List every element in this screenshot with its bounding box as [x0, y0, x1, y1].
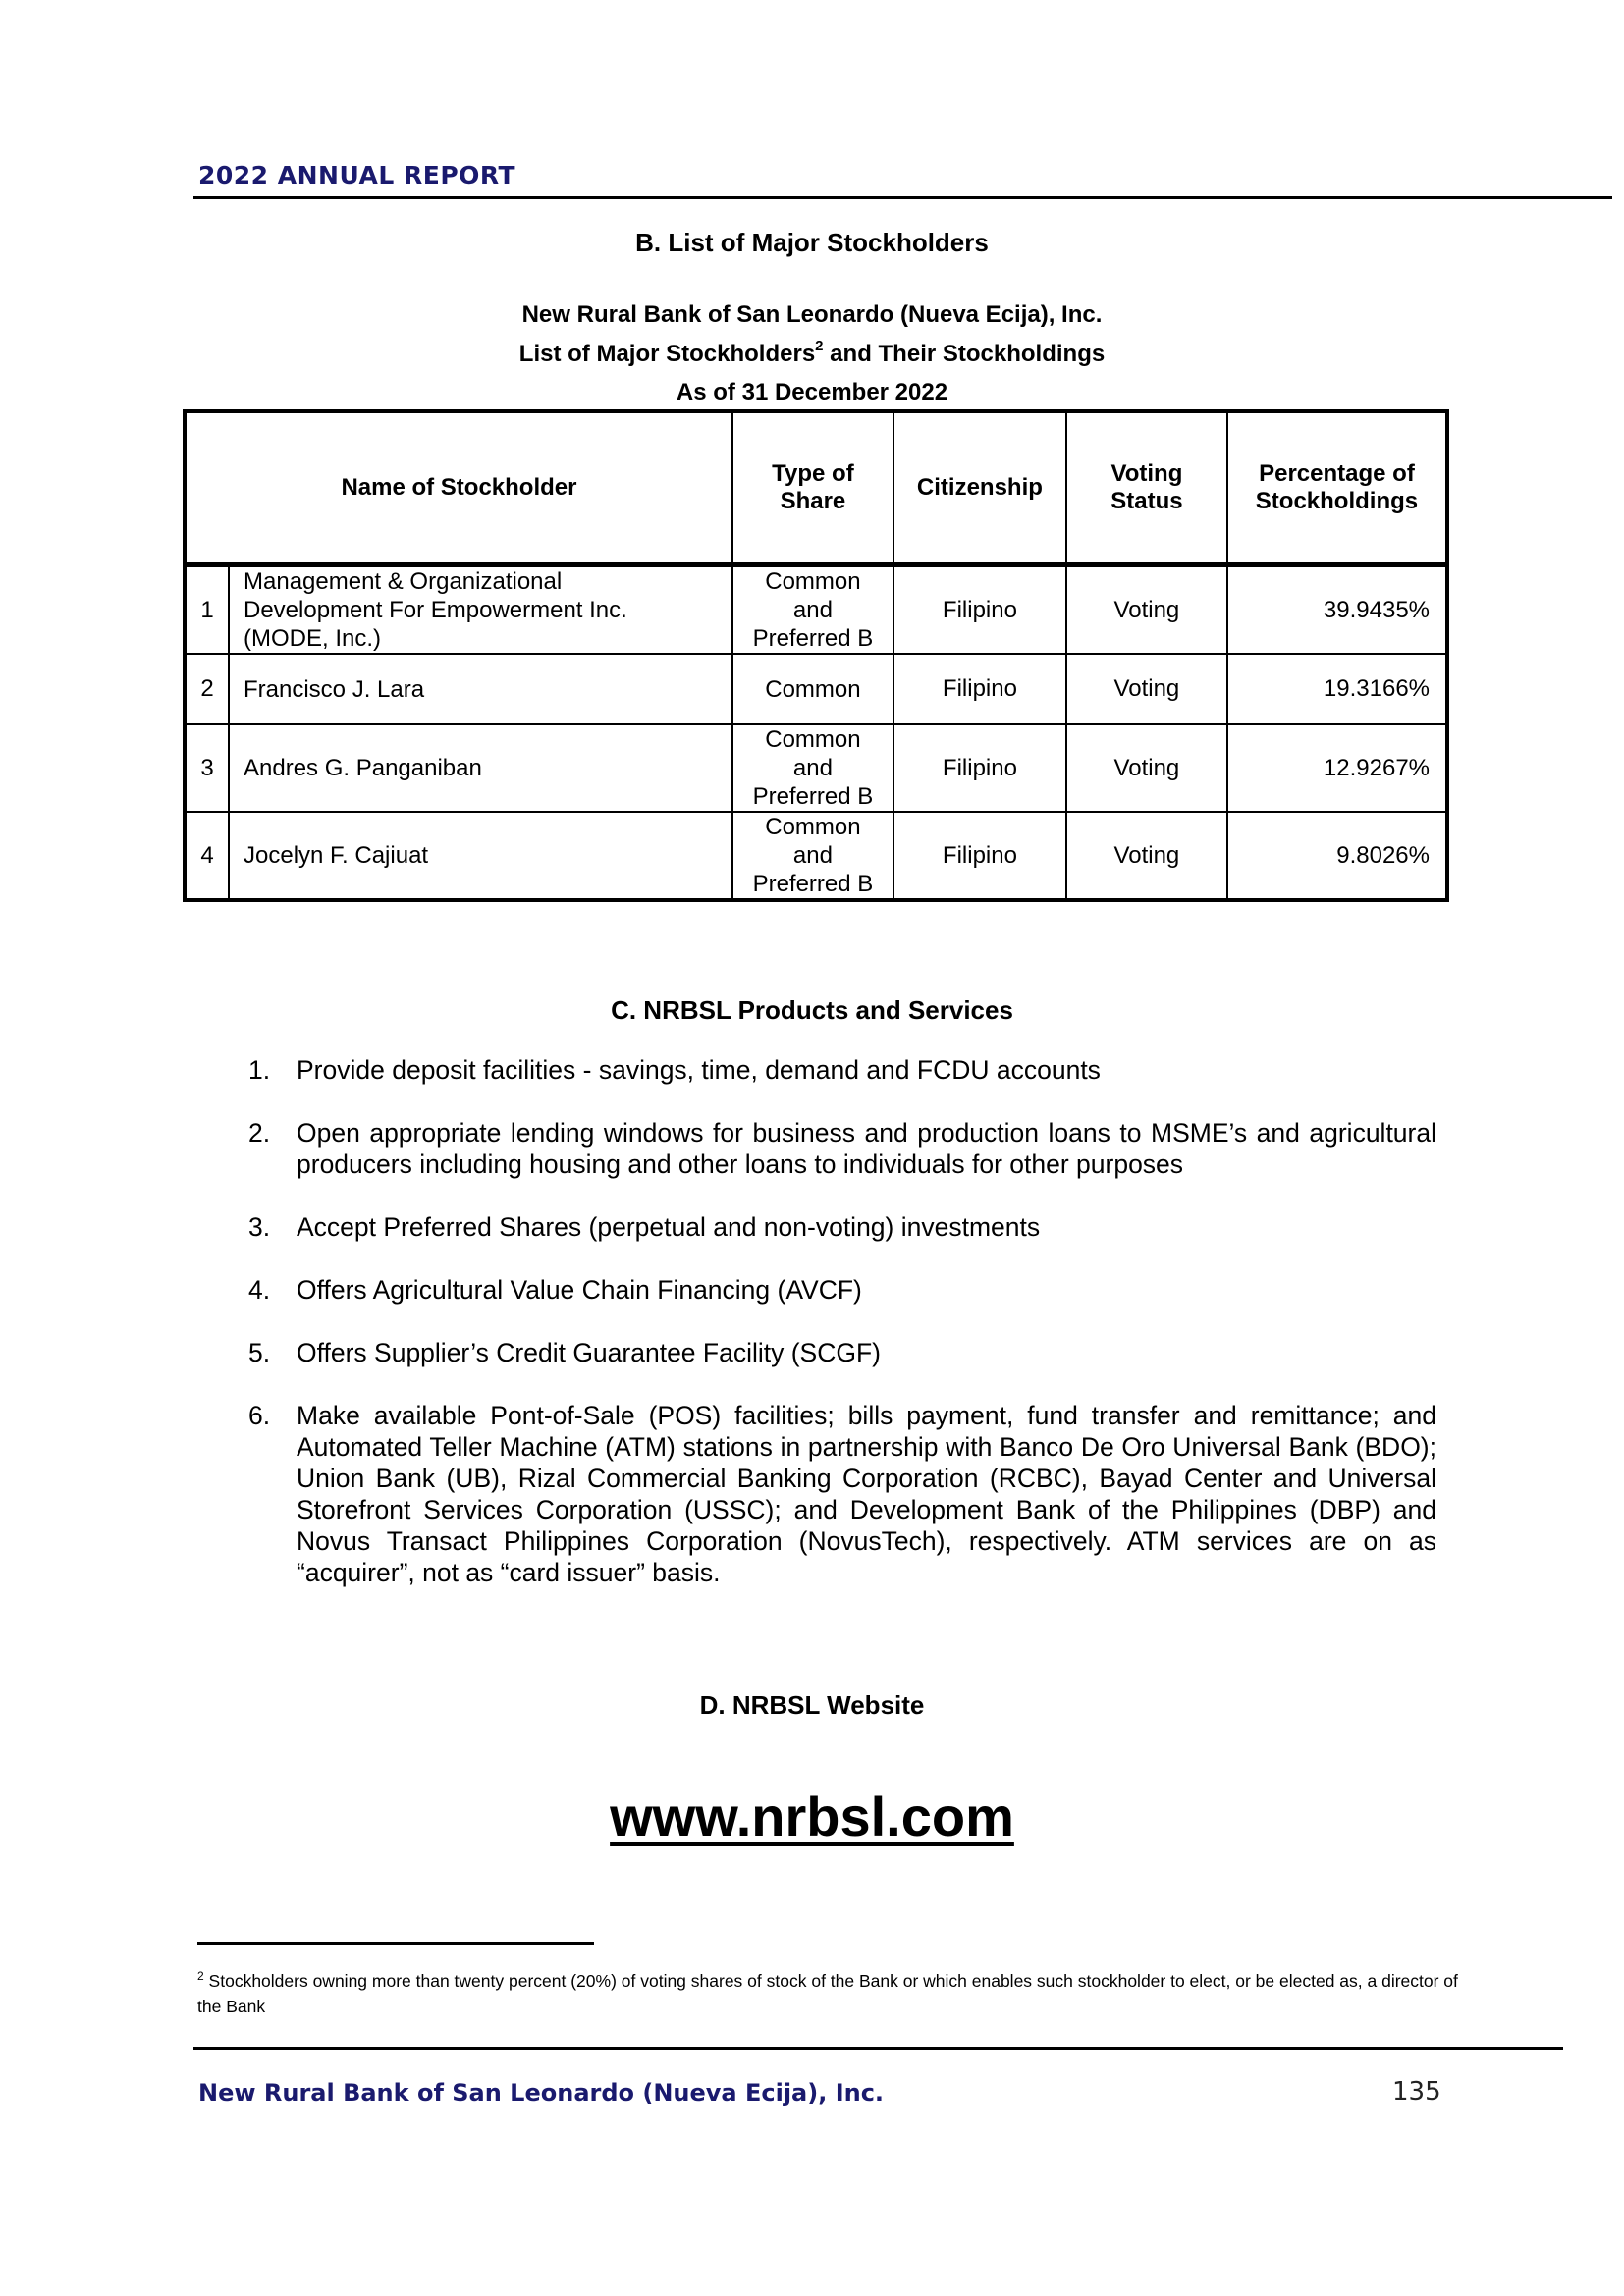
footnote-separator	[197, 1942, 594, 1945]
stockholder-name-line: Jocelyn F. Cajiuat	[244, 842, 428, 869]
website-link[interactable]: www.nrbsl.com	[610, 1786, 1014, 1847]
service-item-number: 4.	[248, 1274, 297, 1306]
share-type-line: Common	[765, 676, 860, 703]
service-item-number: 6.	[248, 1400, 297, 1588]
citizenship: Filipino	[893, 565, 1066, 655]
service-item: 1.Provide deposit facilities - savings, …	[248, 1054, 1436, 1086]
col-header-voting-l1: Voting	[1110, 460, 1182, 487]
stockholder-name-line: Development For Empowerment Inc.	[244, 597, 627, 623]
stockholding-percentage: 9.8026%	[1227, 812, 1447, 900]
stockholder-name-line: Andres G. Panganiban	[244, 755, 482, 781]
stockholder-name: Jocelyn F. Cajiuat	[229, 812, 732, 900]
stockholder-name: Andres G. Panganiban	[229, 724, 732, 812]
voting-status: Voting	[1066, 654, 1227, 724]
citizenship: Filipino	[893, 654, 1066, 724]
service-item: 3.Accept Preferred Shares (perpetual and…	[248, 1211, 1436, 1243]
citizenship: Filipino	[893, 812, 1066, 900]
voting-status: Voting	[1066, 724, 1227, 812]
voting-status: Voting	[1066, 565, 1227, 655]
col-header-type-l2: Share	[781, 488, 846, 514]
service-item-text: Offers Agricultural Value Chain Financin…	[297, 1274, 1436, 1306]
col-header-pct-l1: Percentage of	[1259, 460, 1415, 487]
stockholders-table: Name of Stockholder Type ofShare Citizen…	[183, 409, 1449, 902]
row-number: 4	[185, 812, 229, 900]
stockholder-name: Francisco J. Lara	[229, 654, 732, 724]
share-type-line: Common	[765, 814, 860, 840]
stockholder-name-line: (MODE, Inc.)	[244, 625, 381, 652]
service-item-number: 2.	[248, 1117, 297, 1180]
stockholder-name-line: Francisco J. Lara	[244, 676, 424, 703]
stockholding-percentage: 39.9435%	[1227, 565, 1447, 655]
share-type-line: Common	[765, 726, 860, 753]
service-item-number: 3.	[248, 1211, 297, 1243]
service-item: 6.Make available Pont-of-Sale (POS) faci…	[248, 1400, 1436, 1588]
service-item-number: 5.	[248, 1337, 297, 1368]
share-type: CommonandPreferred B	[732, 565, 893, 655]
share-type-line: Preferred B	[753, 871, 874, 897]
share-type-line: Preferred B	[753, 625, 874, 652]
stockholder-name-line: Management & Organizational	[244, 568, 562, 595]
row-number: 2	[185, 654, 229, 724]
footnote: 2 Stockholders owning more than twenty p…	[197, 1963, 1474, 2019]
share-type-line: and	[793, 755, 833, 781]
section-b-title: B. List of Major Stockholders	[0, 228, 1624, 258]
service-item: 5.Offers Supplier’s Credit Guarantee Fac…	[248, 1337, 1436, 1368]
page-number: 135	[1392, 2077, 1441, 2107]
citizenship: Filipino	[893, 724, 1066, 812]
section-c-title: C. NRBSL Products and Services	[0, 995, 1624, 1026]
table-subtitle: List of Major Stockholders2 and Their St…	[0, 341, 1624, 368]
col-header-pct-l2: Stockholdings	[1256, 488, 1418, 514]
service-item: 4.Offers Agricultural Value Chain Financ…	[248, 1274, 1436, 1306]
report-header-title: 2022 ANNUAL REPORT	[198, 161, 515, 189]
share-type: Common	[732, 654, 893, 724]
table-company-name: New Rural Bank of San Leonardo (Nueva Ec…	[0, 301, 1624, 329]
stockholding-percentage: 19.3166%	[1227, 654, 1447, 724]
row-number: 1	[185, 565, 229, 655]
table-header-row: Name of Stockholder Type ofShare Citizen…	[185, 411, 1447, 565]
share-type-line: Common	[765, 568, 860, 595]
footnote-reference[interactable]: 2	[815, 338, 823, 354]
row-number: 3	[185, 724, 229, 812]
footer-company-name: New Rural Bank of San Leonardo (Nueva Ec…	[198, 2079, 884, 2107]
table-row: 3Andres G. PanganibanCommonandPreferred …	[185, 724, 1447, 812]
service-item-number: 1.	[248, 1054, 297, 1086]
section-d-title: D. NRBSL Website	[0, 1690, 1624, 1721]
service-item-text: Open appropriate lending windows for bus…	[297, 1117, 1436, 1180]
share-type-line: and	[793, 597, 833, 623]
service-item-text: Accept Preferred Shares (perpetual and n…	[297, 1211, 1436, 1243]
services-list: 1.Provide deposit facilities - savings, …	[248, 1054, 1436, 1620]
service-item-text: Offers Supplier’s Credit Guarantee Facil…	[297, 1337, 1436, 1368]
col-header-voting: VotingStatus	[1066, 411, 1227, 565]
share-type: CommonandPreferred B	[732, 724, 893, 812]
stockholder-name: Management & OrganizationalDevelopment F…	[229, 565, 732, 655]
col-header-voting-l2: Status	[1110, 488, 1182, 514]
col-header-citizenship: Citizenship	[893, 411, 1066, 565]
footnote-marker: 2	[197, 1969, 204, 1983]
table-as-of-date: As of 31 December 2022	[0, 379, 1624, 406]
stockholding-percentage: 12.9267%	[1227, 724, 1447, 812]
header-rule	[193, 196, 1612, 199]
table-subtitle-text-end: and Their Stockholdings	[824, 341, 1106, 367]
col-header-type-l1: Type of	[772, 460, 854, 487]
table-row: 4Jocelyn F. CajiuatCommonandPreferred BF…	[185, 812, 1447, 900]
col-header-percentage: Percentage ofStockholdings	[1227, 411, 1447, 565]
share-type-line: Preferred B	[753, 783, 874, 810]
table-subtitle-text: List of Major Stockholders	[519, 341, 815, 367]
col-header-name: Name of Stockholder	[185, 411, 732, 565]
footer-rule	[193, 2047, 1563, 2050]
table-row: 1Management & OrganizationalDevelopment …	[185, 565, 1447, 655]
share-type-line: and	[793, 842, 833, 869]
service-item-text: Make available Pont-of-Sale (POS) facili…	[297, 1400, 1436, 1588]
voting-status: Voting	[1066, 812, 1227, 900]
share-type: CommonandPreferred B	[732, 812, 893, 900]
website-container: www.nrbsl.com	[0, 1785, 1624, 1848]
service-item-text: Provide deposit facilities - savings, ti…	[297, 1054, 1436, 1086]
service-item: 2.Open appropriate lending windows for b…	[248, 1117, 1436, 1180]
footnote-text: Stockholders owning more than twenty per…	[197, 1971, 1458, 2016]
table-row: 2Francisco J. LaraCommonFilipinoVoting19…	[185, 654, 1447, 724]
col-header-type: Type ofShare	[732, 411, 893, 565]
